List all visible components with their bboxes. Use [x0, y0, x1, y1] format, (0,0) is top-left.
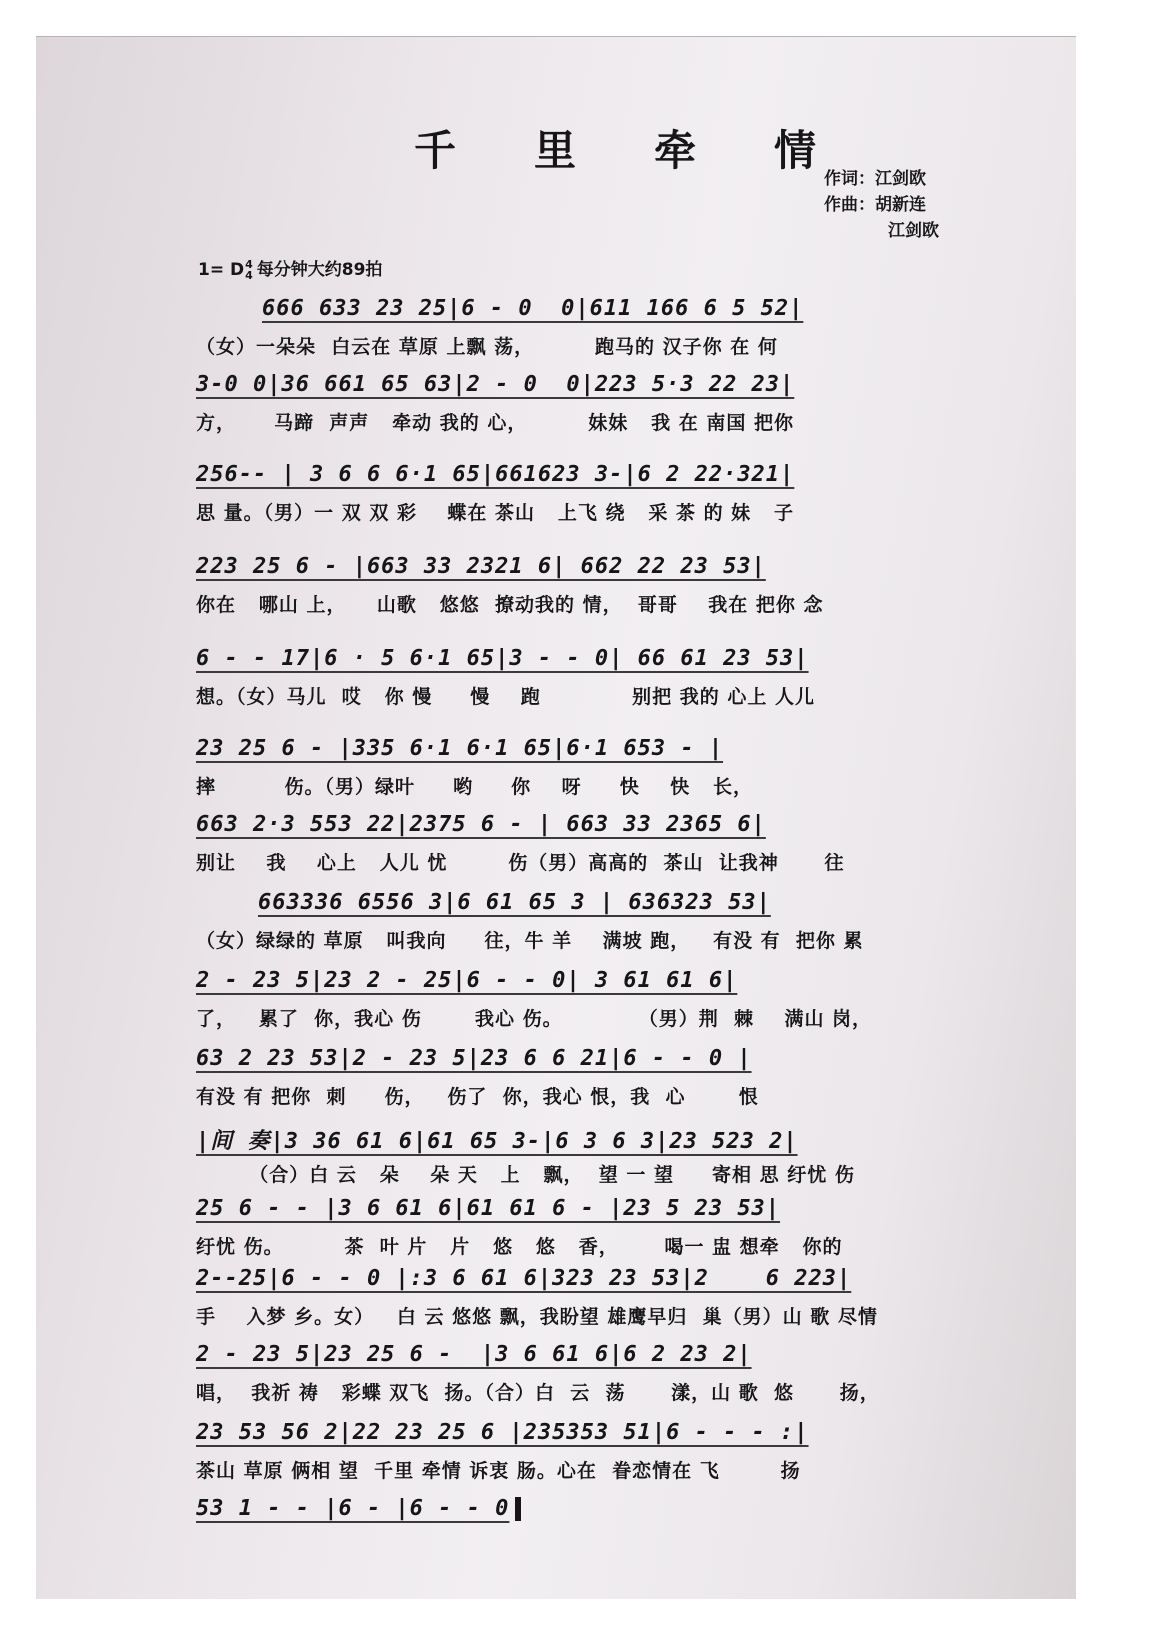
- lyrics-row: 茶山 草原 俩相 望 千里 牵情 诉衷 肠。心在 眷恋情在 飞 扬: [196, 1456, 801, 1483]
- final-barline: [515, 1497, 521, 1521]
- lyrics-row: 思 量。（男）一 双 双 彩 蝶在 茶山 上飞 绕 采 茶 的 妹 子: [196, 498, 794, 525]
- notation-row: 6 - - 17|6 · 5 6·1 65|3 - - 0| 66 61 23 …: [196, 646, 809, 671]
- lyrics-row: 了， 累了 你，我心 伤 我心 伤。 （男）荆 棘 满山 岗，: [196, 1004, 872, 1031]
- notation-row: 663 2·3 553 22|2375 6 - | 663 33 2365 6|: [196, 812, 766, 837]
- lyrics-row: 摔 伤。（男）绿叶 哟 你 呀 快 快 长，: [196, 772, 753, 799]
- notation-row: 53 1 - - |6 - |6 - - 0: [196, 1496, 521, 1521]
- notation-row: 25 6 - - |3 6 61 6|61 61 6 - |23 5 23 53…: [196, 1196, 780, 1221]
- notation-row: 23 53 56 2|22 23 25 6 |235353 51|6 - - -…: [196, 1420, 809, 1445]
- notation-row: 663336 6556 3|6 61 65 3 | 636323 53|: [258, 890, 771, 915]
- notation-row: 2--25|6 - - 0 |:3 6 61 6|323 23 53|2 6 2…: [196, 1266, 851, 1291]
- notation-row: 63 2 23 53|2 - 23 5|23 6 6 21|6 - - 0 |: [196, 1046, 752, 1071]
- lyrics-row: 方， 马蹄 声声 牵动 我的 心， 妹妹 我 在 南国 把你: [196, 408, 794, 435]
- lyrics-row: （女）绿绿的 草原 叫我向 往，牛 羊 满坡 跑， 有没 有 把你 累: [196, 926, 864, 953]
- lyrics-row: 别让 我 心上 人儿 忧 伤（男）高高的 茶山 让我神 往: [196, 848, 844, 875]
- notation-row: 23 25 6 - |335 6·1 6·1 65|6·1 653 - |: [196, 736, 723, 761]
- lyrics-row: 手 入梦 乡。女） 白 云 悠悠 飘，我盼望 雄鹰早归 巢（男）山 歌 尽情: [196, 1302, 878, 1329]
- notation-row: 256-- | 3 6 6 6·1 65|661623 3-|6 2 22·32…: [196, 462, 794, 487]
- lyrics-row: 想。（女）马儿 哎 你 慢 慢 跑 别把 我的 心上 人儿: [196, 682, 815, 709]
- notation-row: 3-0 0|36 661 65 63|2 - 0 0|223 5·3 22 23…: [196, 372, 794, 397]
- lyrics-row: 有没 有 把你 刺 伤， 伤了 你，我心 恨，我 心 恨: [196, 1082, 759, 1109]
- lyrics-row: （女）一朵朵 白云在 草原 上飘 荡， 跑马的 汉子你 在 何: [196, 332, 778, 359]
- notation-row: 2 - 23 5|23 25 6 - |3 6 61 6|6 2 23 2|: [196, 1342, 752, 1367]
- lyrics-row: 你在 哪山 上， 山歌 悠悠 撩动我的 情， 哥哥 我在 把你 念: [196, 590, 824, 617]
- score-body: 666 633 23 25|6 - 0 0|611 166 6 5 52|（女）…: [0, 0, 1152, 1628]
- notation-row: 2 - 23 5|23 2 - 25|6 - - 0| 3 61 61 6|: [196, 968, 737, 993]
- notation-row: 223 25 6 - |663 33 2321 6| 662 22 23 53|: [196, 554, 766, 579]
- lyrics-row: （合）白 云 朵 朵 天 上 飘， 望 一 望 寄相 思 纡忧 伤: [196, 1160, 855, 1187]
- notation-row: 666 633 23 25|6 - 0 0|611 166 6 5 52|: [262, 296, 803, 321]
- notation-row: |间 奏|3 36 61 6|61 65 3-|6 3 6 3|23 523 2…: [196, 1124, 798, 1155]
- lyrics-row: 纡忧 伤。 茶 叶 片 片 悠 悠 香， 喝一 盅 想牵 你的: [196, 1232, 843, 1259]
- lyrics-row: 唱， 我祈 祷 彩蝶 双飞 扬。（合）白 云 荡 漾，山 歌 悠 扬，: [196, 1378, 880, 1405]
